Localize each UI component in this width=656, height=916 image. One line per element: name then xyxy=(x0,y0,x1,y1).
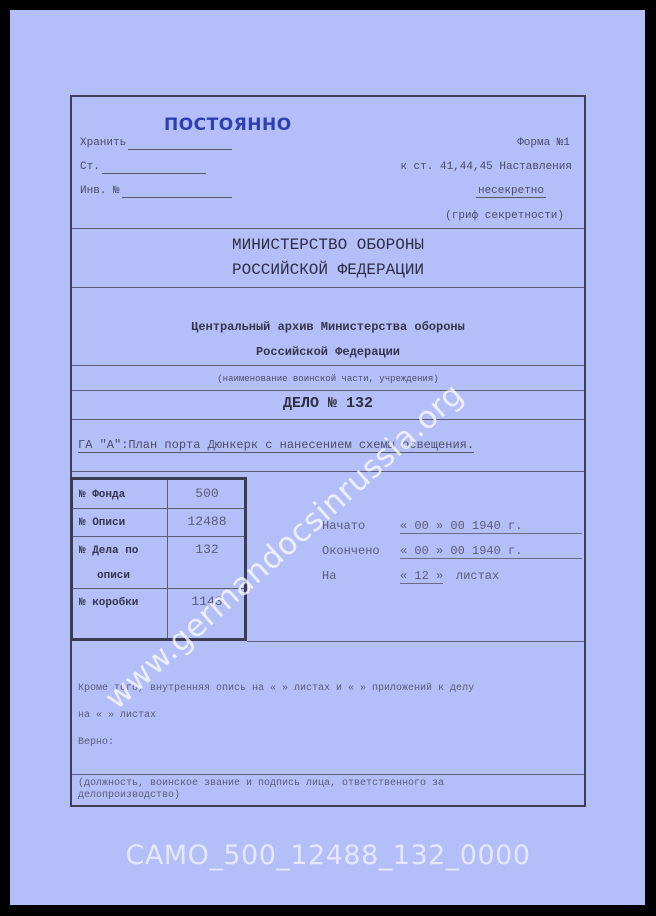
regulation-reference: к ст. 41,44,45 Наставления xyxy=(400,161,572,173)
ministry-line-2: РОССИЙСКОЙ ФЕДЕРАЦИИ xyxy=(72,261,584,279)
case-number: 132 xyxy=(167,542,247,557)
sheets-label: На xyxy=(322,569,336,583)
keep-label: Хранить xyxy=(80,137,126,149)
divider xyxy=(72,287,584,288)
archive-name-line-2: Российской Федерации xyxy=(72,345,584,359)
verified-label: Верно: xyxy=(78,737,114,748)
started-date: « 00 » 00 1940 г. xyxy=(400,519,582,534)
inv-label: Инв. № xyxy=(80,185,120,197)
classification-value: несекретно xyxy=(476,185,546,198)
divider xyxy=(72,774,584,775)
storage-stamp: ПОСТОЯННО xyxy=(164,115,292,135)
ended-label: Окончено xyxy=(322,544,380,558)
signature-caption-2: делопроизводство) xyxy=(78,790,180,801)
fond-number: 500 xyxy=(167,486,247,501)
divider xyxy=(72,365,584,366)
archive-cover-form: ПОСТОЯННО Хранить Ст. Инв. № Форма №1 к … xyxy=(70,95,586,807)
table-row: № Фонда 500 xyxy=(73,480,244,509)
keep-field-line xyxy=(128,149,232,150)
inv-field-line xyxy=(122,197,232,198)
image-code: CAMO_500_12488_132_0000 xyxy=(0,840,656,871)
archive-name-line-1: Центральный архив Министерства обороны xyxy=(72,320,584,334)
ministry-line-1: МИНИСТЕРСТВО ОБОРОНЫ xyxy=(72,236,584,254)
st-label: Ст. xyxy=(80,161,100,173)
case-title: ДЕЛО № 132 xyxy=(72,395,584,412)
divider xyxy=(72,228,584,229)
divider xyxy=(247,641,584,642)
form-number: Форма №1 xyxy=(517,137,570,149)
table-row: № Описи 12488 xyxy=(73,508,244,537)
divider xyxy=(72,390,584,391)
divider xyxy=(72,419,584,420)
sheets-suffix: листах xyxy=(456,569,499,583)
ended-date: « 00 » 00 1940 г. xyxy=(400,544,582,559)
st-field-line xyxy=(102,173,206,174)
classification-caption: (гриф секретности) xyxy=(445,210,564,222)
sheets-count: « 12 » xyxy=(400,569,443,584)
opis-number: 12488 xyxy=(167,514,247,529)
archive-caption: (наименование воинской части, учреждения… xyxy=(72,374,584,384)
divider xyxy=(72,471,584,472)
signature-caption: (должность, воинское звание и подпись ли… xyxy=(78,778,444,789)
